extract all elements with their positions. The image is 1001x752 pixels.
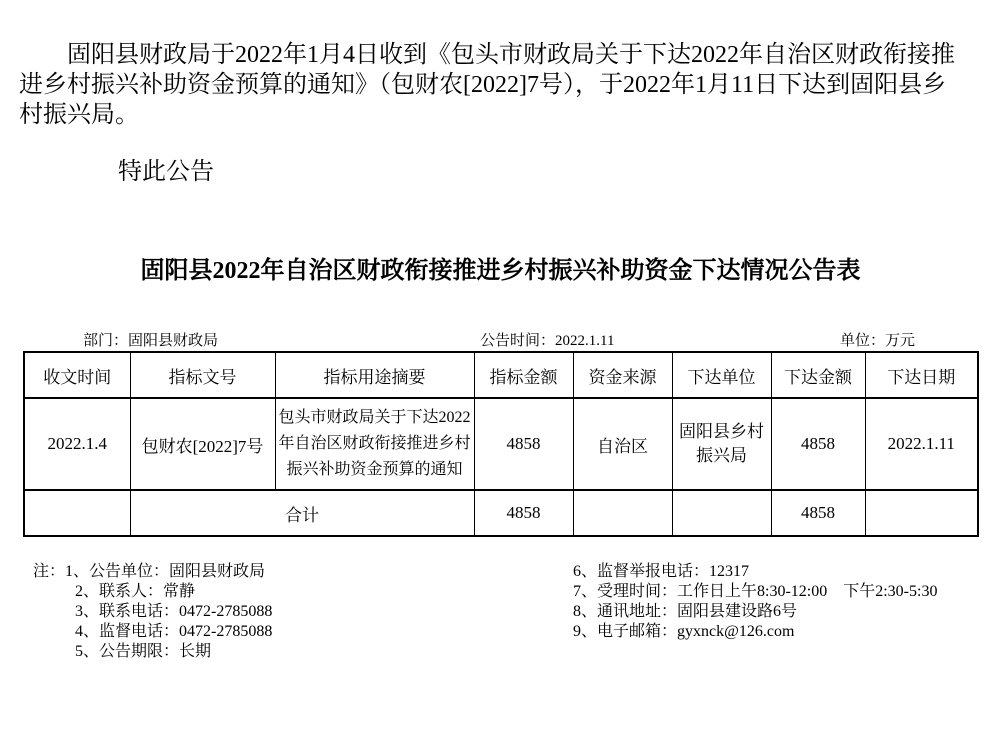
note-contact-phone: 3、联系电话：0472-2785088 bbox=[75, 602, 272, 622]
note-contact-person: 2、联系人：常静 bbox=[75, 582, 272, 602]
column-header-issued-to: 下达单位 bbox=[672, 352, 771, 398]
purpose-cell: 包头市财政局关于下达2022年自治区财政衔接推进乡村振兴补助资金预算的通知 bbox=[275, 398, 474, 490]
total-empty-cell-fund-source bbox=[573, 490, 672, 536]
table-meta-row: 部门：固阳县财政局 公告时间：2022.1.11 单位：万元 bbox=[23, 329, 977, 351]
column-header-purpose: 指标用途摘要 bbox=[275, 352, 474, 398]
total-issued-amount-cell: 4858 bbox=[771, 490, 865, 536]
column-header-receive-date: 收文时间 bbox=[24, 352, 130, 398]
table-header-row: 收文时间 指标文号 指标用途摘要 指标金额 资金来源 下达单位 下达金额 下达日… bbox=[24, 352, 978, 398]
meta-department: 部门：固阳县财政局 bbox=[83, 329, 218, 350]
column-header-indicator-amount: 指标金额 bbox=[474, 352, 573, 398]
table-data-row: 2022.1.4 包财农[2022]7号 包头市财政局关于下达2022年自治区财… bbox=[24, 398, 978, 490]
notes-right-column: 6、监督举报电话：12317 7、受理时间：工作日上午8:30-12:00 下午… bbox=[573, 562, 937, 642]
note-supervision-phone: 4、监督电话：0472-2785088 bbox=[75, 622, 272, 642]
note-report-hotline: 6、监督举报电话：12317 bbox=[573, 562, 937, 582]
fund-source-cell: 自治区 bbox=[573, 398, 672, 490]
note-email: 9、电子邮箱：gyxnck@126.com bbox=[573, 622, 937, 642]
issued-date-cell: 2022.1.11 bbox=[865, 398, 978, 490]
receive-date-cell: 2022.1.4 bbox=[24, 398, 130, 490]
total-indicator-amount-cell: 4858 bbox=[474, 490, 573, 536]
note-mail-address: 8、通讯地址：固阳县建设路6号 bbox=[573, 602, 937, 622]
table-total-row: 合计 4858 4858 bbox=[24, 490, 978, 536]
note-announce-period: 5、公告期限：长期 bbox=[75, 642, 272, 662]
column-header-issued-date: 下达日期 bbox=[865, 352, 978, 398]
total-label-cell: 合计 bbox=[130, 490, 474, 536]
total-empty-cell-issued-date bbox=[865, 490, 978, 536]
issued-to-cell: 固阳县乡村振兴局 bbox=[672, 398, 771, 490]
column-header-doc-number: 指标文号 bbox=[130, 352, 275, 398]
notes-left-column: 注：1、公告单位：固阳县财政局 2、联系人：常静 3、联系电话：0472-278… bbox=[33, 562, 272, 662]
document-page: 固阳县财政局于2022年1月4日收到《包头市财政局关于下达2022年自治区财政衔… bbox=[0, 0, 1001, 752]
doc-number-cell: 包财农[2022]7号 bbox=[130, 398, 275, 490]
meta-announce-time: 公告时间：2022.1.11 bbox=[480, 329, 614, 350]
table-title: 固阳县2022年自治区财政衔接推进乡村振兴补助资金下达情况公告表 bbox=[0, 250, 1001, 285]
issued-amount-cell: 4858 bbox=[771, 398, 865, 490]
column-header-issued-amount: 下达金额 bbox=[771, 352, 865, 398]
note-office-hours: 7、受理时间：工作日上午8:30-12:00 下午2:30-5:30 bbox=[573, 582, 937, 602]
announcement-table: 收文时间 指标文号 指标用途摘要 指标金额 资金来源 下达单位 下达金额 下达日… bbox=[23, 351, 979, 537]
hereby-announcement: 特此公告 bbox=[118, 157, 214, 187]
total-empty-cell-issued-to bbox=[672, 490, 771, 536]
meta-unit: 单位：万元 bbox=[840, 329, 915, 350]
note-announce-unit: 注：1、公告单位：固阳县财政局 bbox=[33, 562, 272, 582]
intro-paragraph: 固阳县财政局于2022年1月4日收到《包头市财政局关于下达2022年自治区财政衔… bbox=[19, 40, 969, 130]
total-empty-cell-receive-date bbox=[24, 490, 130, 536]
column-header-fund-source: 资金来源 bbox=[573, 352, 672, 398]
indicator-amount-cell: 4858 bbox=[474, 398, 573, 490]
